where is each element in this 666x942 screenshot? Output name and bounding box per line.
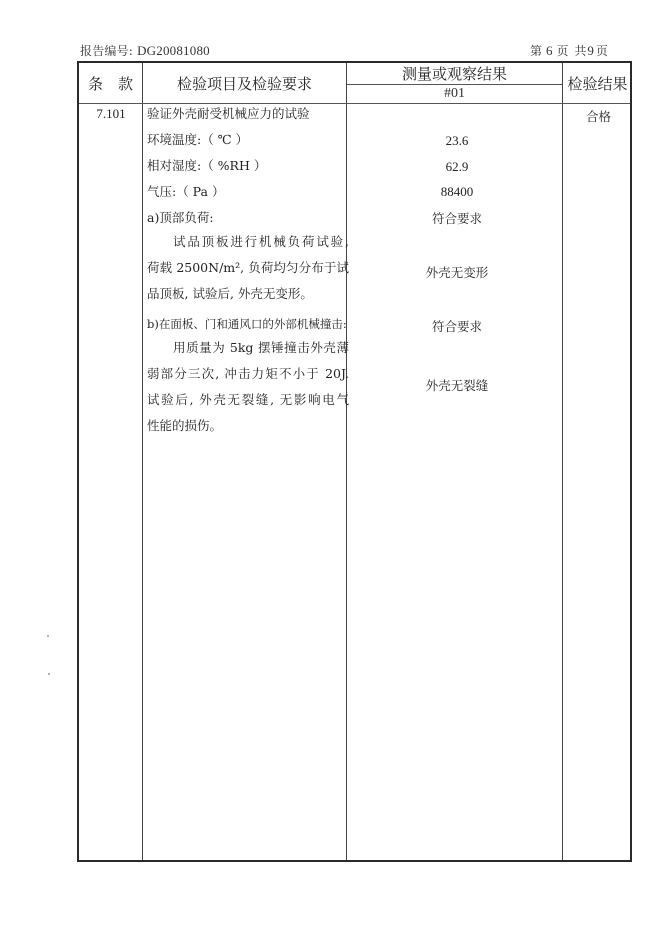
pressure-value: 88400: [349, 184, 565, 200]
column-divider: [562, 63, 563, 860]
page-current: 6: [546, 43, 554, 58]
clause-number: 7.101: [79, 106, 143, 122]
impact-result: 符合要求: [349, 317, 565, 335]
header-requirement: 检验项目及检验要求: [143, 63, 346, 103]
text-line: 用质量为 5kg 摆锤撞击外壳薄: [147, 335, 349, 361]
text-line: 品顶板, 试验后, 外壳无变形。: [147, 281, 349, 307]
text-line: 性能的损伤。: [147, 413, 349, 439]
page-unit: 页: [557, 44, 570, 58]
text-line: 试验后, 外壳无裂缝, 无影响电气: [147, 387, 349, 413]
header-sample-id: #01: [347, 85, 562, 103]
text-line: 弱部分三次, 冲击力矩不小于 20J.: [147, 361, 349, 387]
header-clause: 条 款: [79, 63, 142, 103]
humidity-label: 相对湿度:（ %RH ）: [147, 153, 347, 179]
verdict-pass: 合格: [565, 107, 632, 125]
top-load-heading: a)顶部负荷:: [147, 205, 347, 231]
impact-observation: 外壳无裂缝: [349, 376, 565, 394]
top-load-observation: 外壳无变形: [349, 263, 565, 281]
report-number-value: DG20081080: [137, 43, 210, 58]
text-line: 试品顶板进行机械负荷试验,: [147, 229, 349, 255]
top-load-result: 符合要求: [349, 209, 565, 227]
inspection-table: 条 款 检验项目及检验要求 测量或观察结果 #01 检验结果 7.101 验证外…: [77, 61, 632, 862]
impact-heading: b)在面板、门和通风口的外部机械撞击:: [147, 311, 347, 337]
page-prefix: 第: [530, 44, 543, 58]
header-verdict: 检验结果: [563, 63, 632, 103]
humidity-value: 62.9: [349, 159, 565, 175]
report-number-label: 报告编号:: [80, 44, 133, 58]
text-line: 荷载 2500N/m², 负荷均匀分布于试: [147, 255, 349, 281]
scan-speck: [47, 635, 49, 637]
column-divider: [142, 63, 143, 860]
total-prefix: 共: [574, 44, 587, 58]
impact-description: 用质量为 5kg 摆锤撞击外壳薄 弱部分三次, 冲击力矩不小于 20J. 试验后…: [147, 335, 349, 439]
total-unit: 页: [596, 44, 609, 58]
test-title: 验证外壳耐受机械应力的试验: [147, 101, 347, 127]
header-measurement: 测量或观察结果: [347, 63, 562, 84]
report-number: 报告编号: DG20081080: [80, 42, 210, 59]
temperature-value: 23.6: [349, 133, 565, 149]
temperature-label: 环境温度:（ ℃ ）: [147, 127, 347, 153]
page-total: 9: [587, 43, 595, 58]
pressure-label: 气压:（ Pa ）: [147, 179, 347, 205]
scan-speck: [48, 673, 50, 675]
page-indicator: 第6页 共9页: [530, 42, 609, 59]
top-load-description: 试品顶板进行机械负荷试验, 荷载 2500N/m², 负荷均匀分布于试 品顶板,…: [147, 229, 349, 307]
